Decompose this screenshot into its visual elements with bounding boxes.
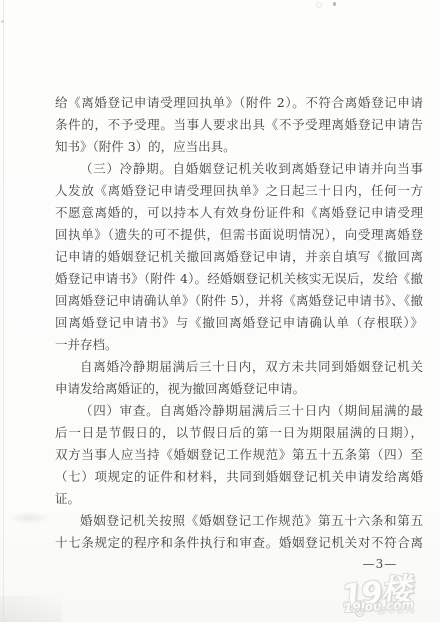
watermark-tagline: 都市新闻 bbox=[377, 605, 439, 617]
document-line: 证。 bbox=[55, 488, 423, 510]
photo-edge-line bbox=[3, 0, 4, 622]
document-line: （四）审查。自离婚冷静期届满后三十日内（期间届满的最 bbox=[55, 400, 423, 422]
document-line: 回离婚登记申请确认单》（附件 5），并将《离婚登记申请书》、《撤 bbox=[55, 290, 423, 312]
document-photo: 给《离婚登记申请受理回执单》（附件 2）。不符合离婚登记申请条件的，不予受理。当… bbox=[0, 0, 440, 622]
document-line: 双方当事人应当持《婚姻登记工作规范》第五十五条第（四）至 bbox=[55, 444, 423, 466]
document-line: 人发放《离婚登记申请受理回执单》之日起三十日内，任何一方 bbox=[55, 180, 423, 202]
document-line: （七）项规定的证件和材料，共同到婚姻登记机关申请发给离婚 bbox=[55, 466, 423, 488]
document-line: 条件的，不予受理。当事人要求出具《不予受理离婚登记申请告 bbox=[55, 114, 423, 136]
document-line: （三）冷静期。自婚姻登记机关收到离婚登记申请并向当事 bbox=[55, 158, 423, 180]
smiley-icon: ☺ bbox=[354, 607, 367, 622]
document-line: 申请发给离婚证的，视为撤回离婚登记申请。 bbox=[55, 378, 423, 400]
photo-smudge bbox=[0, 596, 62, 622]
document-text: 给《离婚登记申请受理回执单》（附件 2）。不符合离婚登记申请条件的，不予受理。当… bbox=[55, 92, 423, 554]
document-line: 给《离婚登记申请受理回执单》（附件 2）。不符合离婚登记申请 bbox=[55, 92, 423, 114]
document-line: 婚登记申请书》（附件 4）。经婚姻登记机关核实无误后，发给《撤 bbox=[55, 268, 423, 290]
document-line: 不愿意离婚的，可以持本人有效身份证件和《离婚登记申请受理 bbox=[55, 202, 423, 224]
document-line: 后一日是节假日的，以节假日后的第一日为期限届满的日期）， bbox=[55, 422, 423, 444]
document-line: 一并存档。 bbox=[55, 334, 423, 356]
photo-smudge bbox=[8, 512, 50, 524]
document-line: 回离婚登记申请书》与《撤回离婚登记申请确认单（存根联）》 bbox=[55, 312, 423, 334]
document-line: 回执单》（遗失的可不提供，但需书面说明情况），向受理离婚登 bbox=[55, 224, 423, 246]
document-line: 知书》（附件 3）的，应当出具。 bbox=[55, 136, 423, 158]
document-line: 婚姻登记机关按照《婚姻登记工作规范》第五十六条和第五 bbox=[55, 510, 423, 532]
document-line: 自离婚冷静期届满后三十日内，双方未共同到婚姻登记机关 bbox=[55, 356, 423, 378]
document-line: 十七条规定的程序和条件执行和审查。婚姻登记机关对不符合离 bbox=[55, 532, 423, 554]
document-line: 记申请的婚姻登记机关撤回离婚登记申请，并亲自填写《撤回离 bbox=[55, 246, 423, 268]
watermark-domain: 19lou.com bbox=[344, 597, 425, 615]
photo-speck bbox=[1, 20, 4, 23]
photo-speck bbox=[316, 2, 322, 8]
photo-speck bbox=[333, 2, 336, 6]
page-number: —3— bbox=[360, 557, 400, 571]
